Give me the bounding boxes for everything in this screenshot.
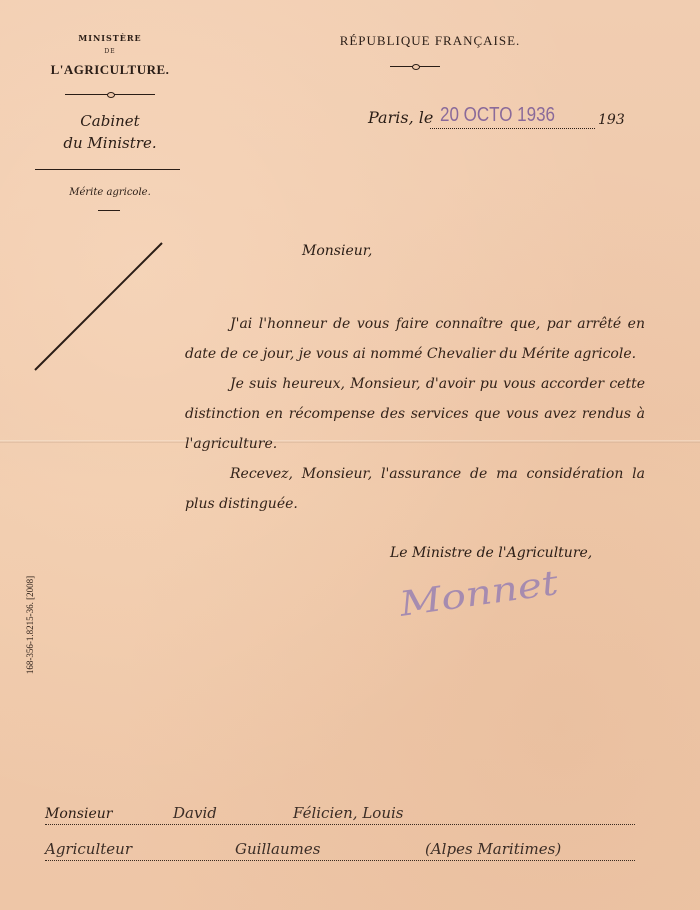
paragraph: J'ai l'honneur de vous faire connaître q…: [185, 309, 645, 369]
signatory-title: Le Ministre de l'Agriculture,: [390, 545, 592, 561]
recipient-town: Guillaumes: [235, 840, 320, 858]
year-suffix: 193: [598, 112, 625, 128]
subject-divider: [98, 210, 120, 211]
ministry-de: DE: [40, 48, 180, 55]
side-reference: 168-356-1.8215-36. [2008]: [25, 550, 35, 700]
diagonal-slash: [30, 240, 170, 375]
recipient-department: (Alpes Maritimes): [425, 840, 561, 858]
cabinet-divider: [35, 169, 180, 170]
republic-heading: RÉPUBLIQUE FRANÇAISE.: [300, 33, 560, 49]
subject-label: Mérite agricole.: [40, 187, 180, 198]
cabinet-line1: Cabinet: [40, 110, 180, 132]
ministry-label: MINISTÈRE: [40, 33, 180, 43]
recipient-title: Monsieur: [45, 806, 112, 822]
date-dotted-line: [430, 128, 595, 129]
paragraph: Je suis heureux, Monsieur, d'avoir pu vo…: [185, 369, 645, 459]
date-stamp: 20 OCTO 1936: [440, 104, 555, 127]
recipient-occupation: Agriculteur: [45, 840, 132, 858]
ministry-name: L'AGRICULTURE.: [35, 62, 185, 78]
republic-divider: [390, 66, 440, 67]
ornament-divider: [65, 94, 155, 95]
recipient-name-row: Monsieur David Félicien, Louis: [45, 800, 635, 825]
paragraph: Recevez, Monsieur, l'assurance de ma con…: [185, 459, 645, 519]
cabinet-block: Cabinet du Ministre.: [40, 110, 180, 154]
date-prefix: Paris, le: [368, 108, 433, 127]
letter-body: J'ai l'honneur de vous faire connaître q…: [185, 309, 645, 519]
recipient-surname: David: [173, 804, 217, 822]
salutation: Monsieur,: [302, 243, 372, 259]
recipient-address-row: Agriculteur Guillaumes (Alpes Maritimes): [45, 836, 635, 861]
recipient-given-names: Félicien, Louis: [293, 804, 403, 822]
cabinet-line2: du Ministre.: [40, 132, 180, 154]
